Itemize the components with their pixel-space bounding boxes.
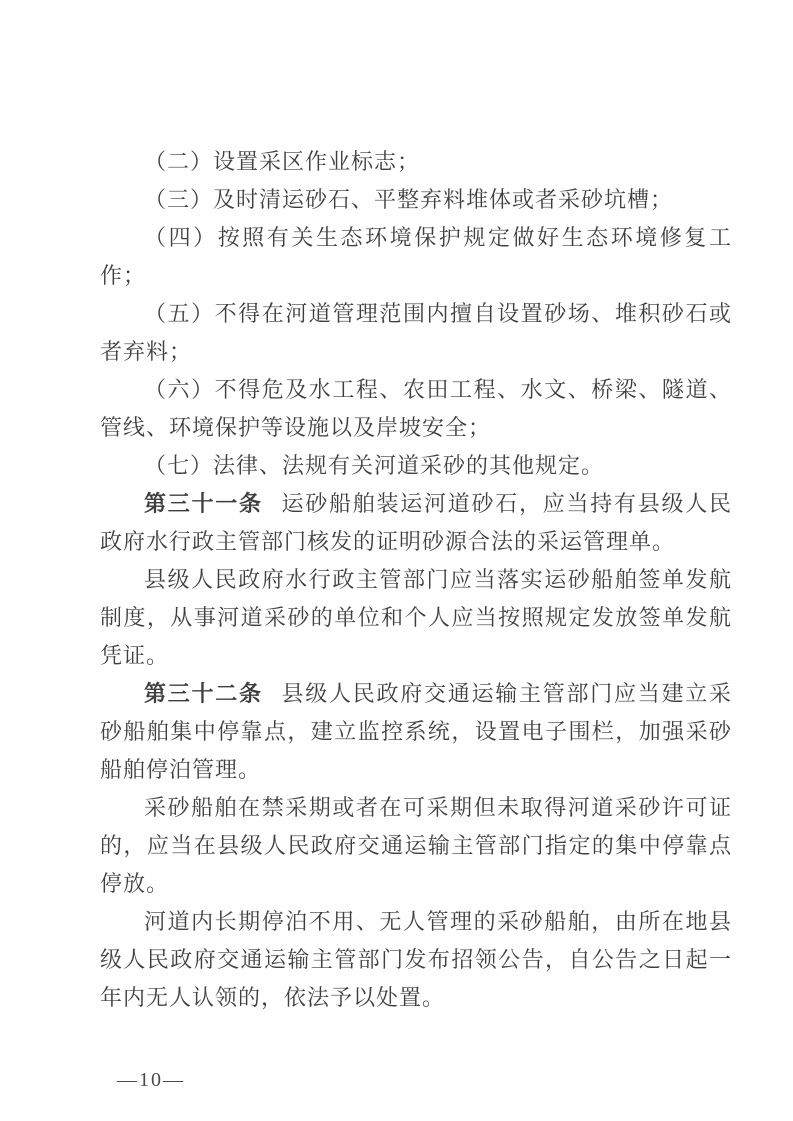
paragraph: 第三十二条县级人民政府交通运输主管部门应当建立采砂船舶集中停靠点，建立监控系统，… (100, 675, 732, 789)
paragraph: 第三十一条运砂船舶装运河道砂石，应当持有县级人民政府水行政主管部门核发的证明砂源… (100, 485, 732, 561)
paragraph: （六）不得危及水工程、农田工程、水文、桥梁、隧道、管线、环境保护等设施以及岸坡安… (100, 371, 732, 447)
paragraph: 采砂船舶在禁采期或者在可采期但未取得河道采砂许可证的，应当在县级人民政府交通运输… (100, 789, 732, 903)
paragraph: （七）法律、法规有关河道采砂的其他规定。 (100, 447, 732, 485)
paragraph: （二）设置采区作业标志； (100, 143, 732, 181)
page-number: —10— (117, 1068, 185, 1092)
document-page: （二）设置采区作业标志；（三）及时清运砂石、平整弃料堆体或者采砂坑槽；（四）按照… (0, 0, 793, 1121)
paragraph: （五）不得在河道管理范围内擅自设置砂场、堆积砂石或者弃料； (100, 295, 732, 371)
paragraph: 县级人民政府水行政主管部门应当落实运砂船舶签单发航制度，从事河道采砂的单位和个人… (100, 561, 732, 675)
paragraph: （三）及时清运砂石、平整弃料堆体或者采砂坑槽； (100, 181, 732, 219)
paragraph: 河道内长期停泊不用、无人管理的采砂船舶，由所在地县级人民政府交通运输主管部门发布… (100, 903, 732, 1017)
article-number: 第三十二条 (144, 681, 281, 706)
article-number: 第三十一条 (144, 491, 281, 516)
document-body: （二）设置采区作业标志；（三）及时清运砂石、平整弃料堆体或者采砂坑槽；（四）按照… (100, 143, 732, 1017)
paragraph: （四）按照有关生态环境保护规定做好生态环境修复工作； (100, 219, 732, 295)
